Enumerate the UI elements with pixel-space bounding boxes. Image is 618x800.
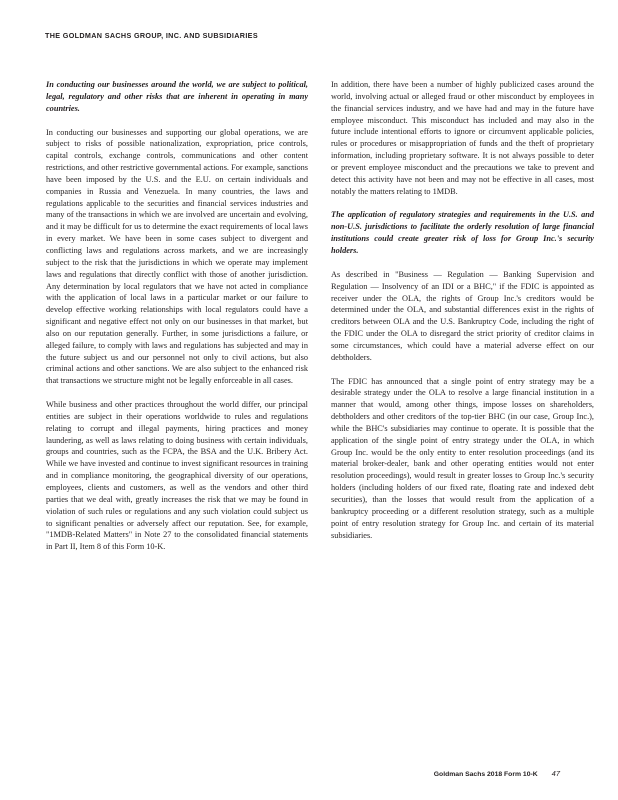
risk-factor-heading: The application of regulatory strategies… (331, 209, 594, 256)
body-paragraph: While business and other practices throu… (46, 399, 308, 553)
body-paragraph: As described in "Business — Regulation —… (331, 269, 594, 364)
body-paragraph: In conducting our businesses and support… (46, 127, 308, 388)
right-column: In addition, there have been a number of… (331, 79, 594, 553)
page-number: 47 (552, 769, 560, 778)
risk-factor-heading: In conducting our businesses around the … (46, 79, 308, 115)
page-footer: Goldman Sachs 2018 Form 10-K 47 (434, 769, 560, 778)
body-paragraph: In addition, there have been a number of… (331, 79, 594, 197)
running-header: THE GOLDMAN SACHS GROUP, INC. AND SUBSID… (45, 31, 258, 40)
body-paragraph: The FDIC has announced that a single poi… (331, 376, 594, 542)
publication-title: Goldman Sachs 2018 Form 10-K (434, 771, 538, 778)
left-column: In conducting our businesses around the … (46, 79, 308, 565)
